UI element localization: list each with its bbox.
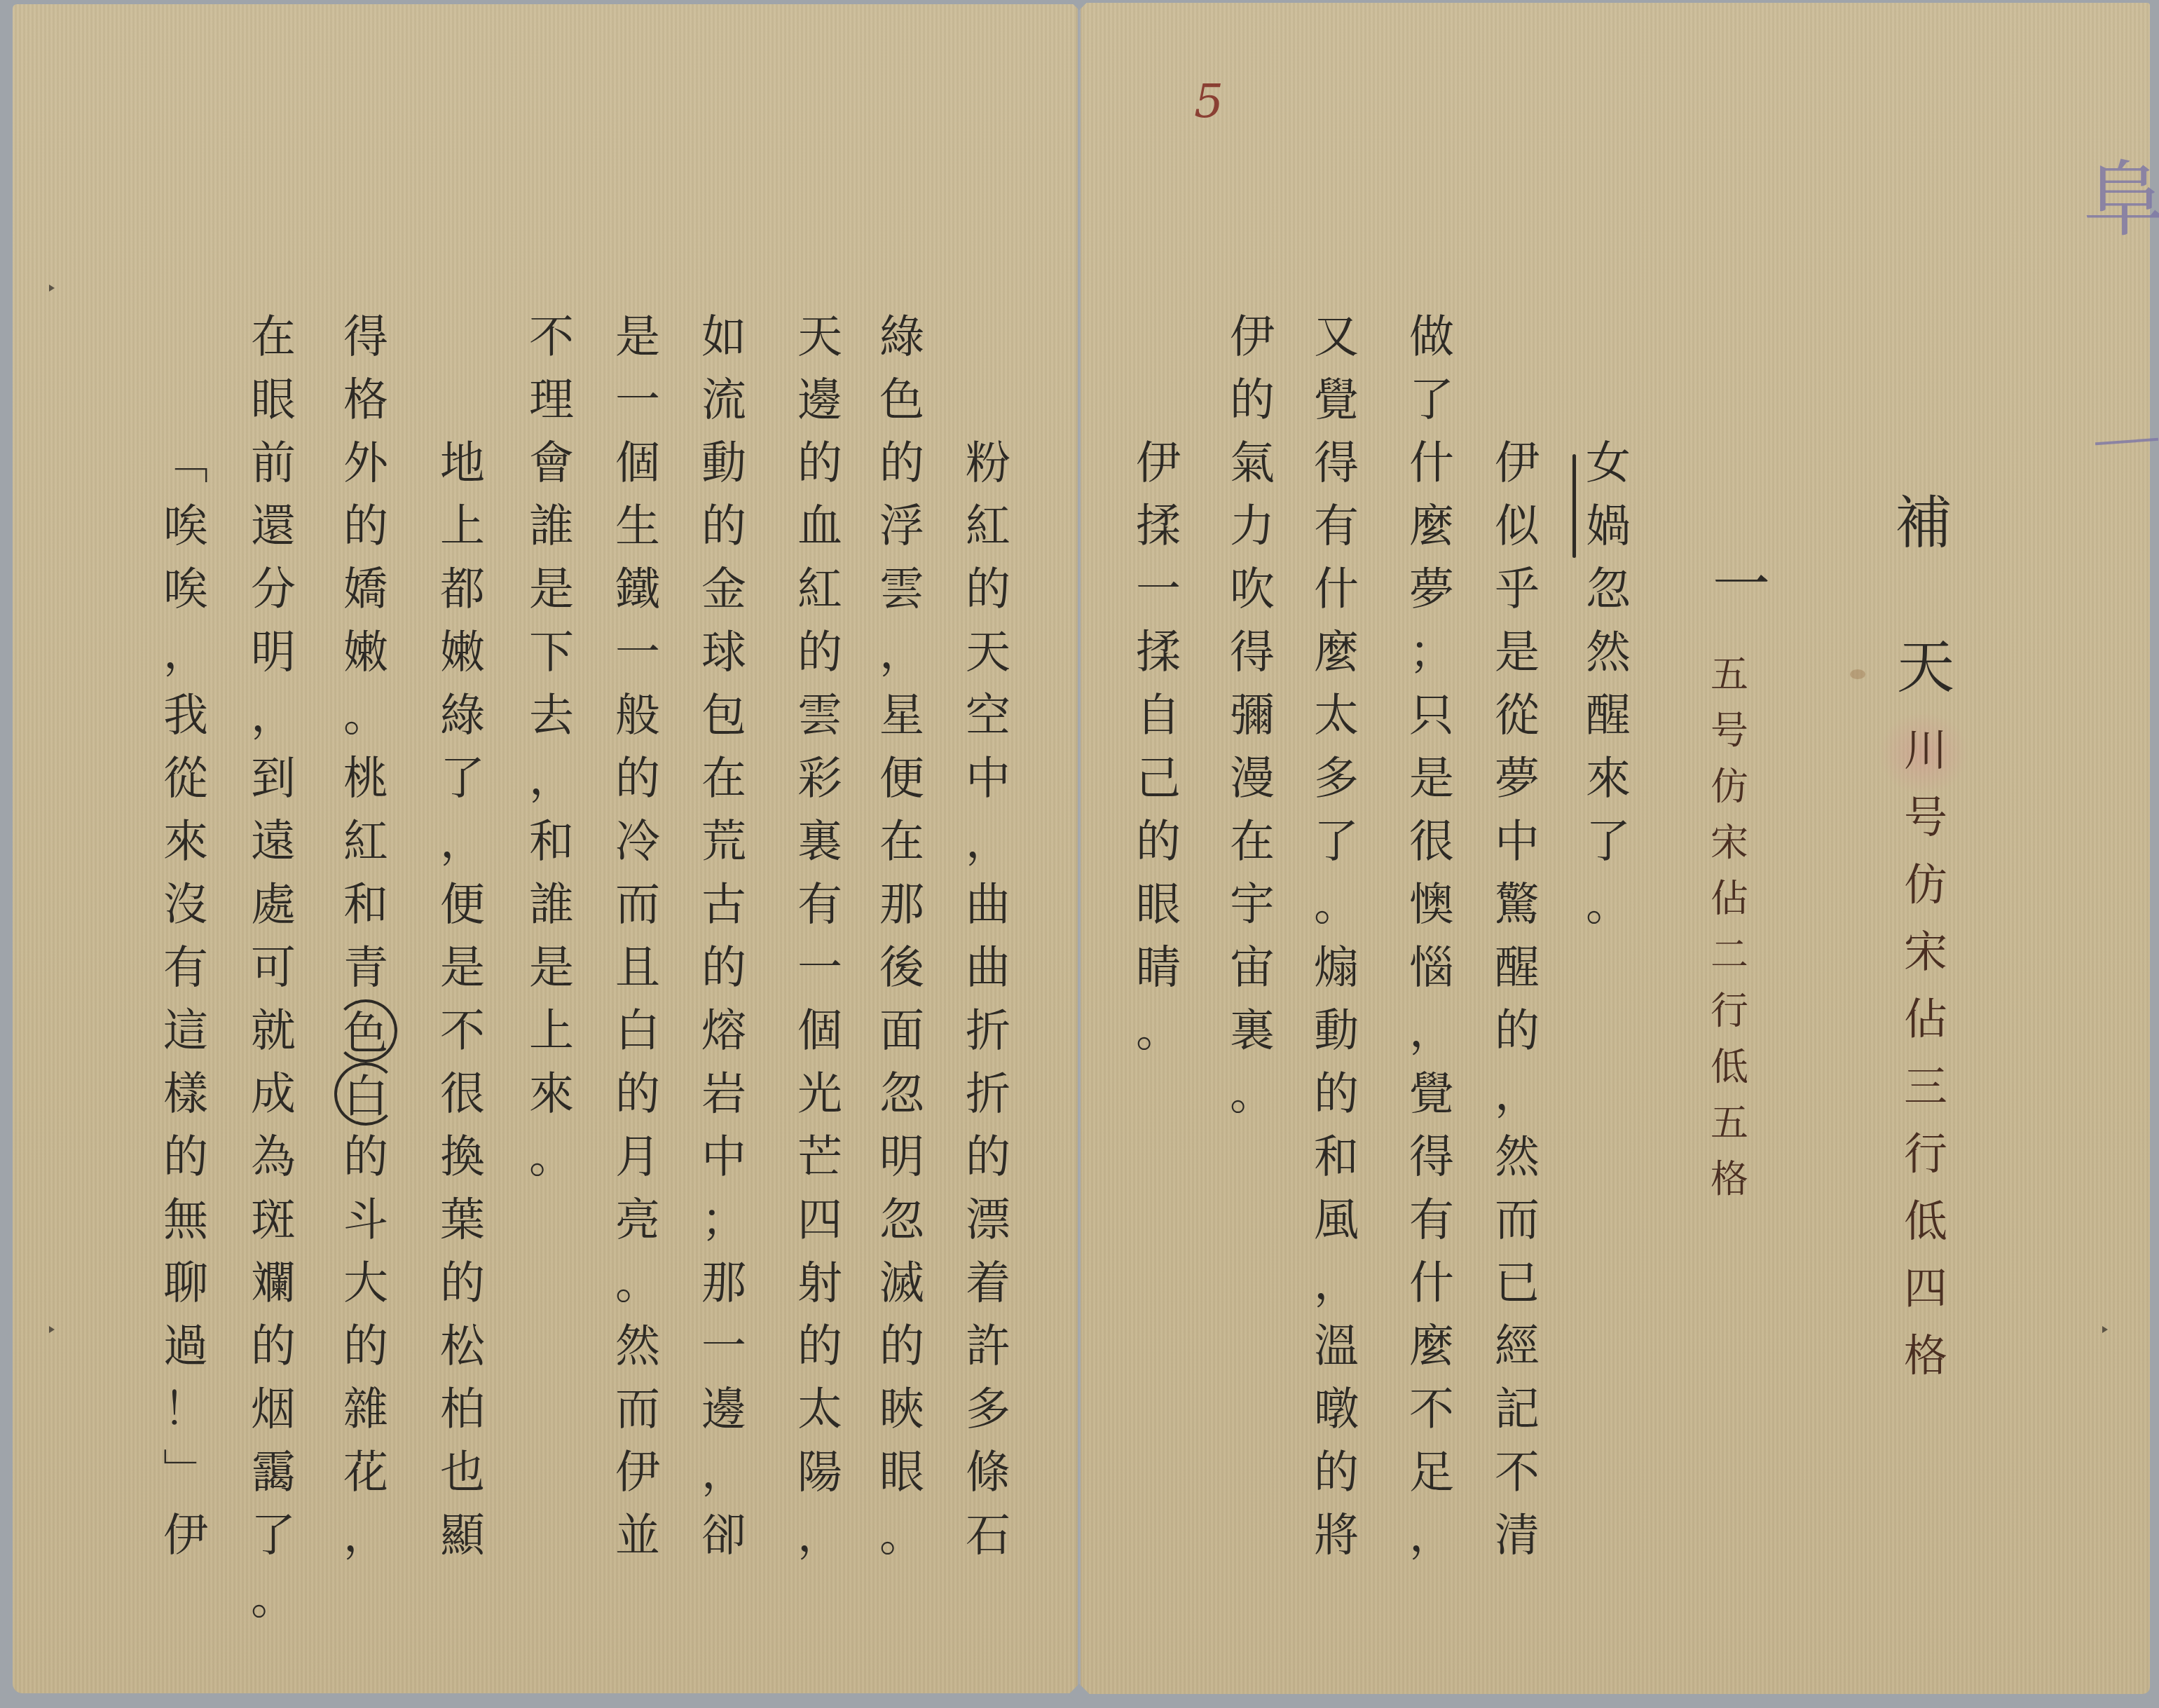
text-column: 粉紅的天空中，曲曲折折的漂着許多條石: [957, 432, 1020, 1567]
character-cell: 的: [957, 1126, 1020, 1189]
character-cell: 是: [1400, 747, 1463, 810]
text-column: 伊似乎是從夢中驚醒的，然而已經記不清: [1486, 432, 1549, 1567]
character-cell: 冷: [606, 810, 669, 873]
character-cell: 然: [1577, 621, 1640, 684]
character-cell: 麼: [1400, 1315, 1463, 1378]
character-cell: 得: [1400, 1126, 1463, 1189]
character-cell: 在: [1221, 810, 1284, 873]
editorial-vertical-mark: [1572, 454, 1576, 558]
character-cell: 白: [606, 999, 669, 1063]
edge-speck: [2102, 1326, 2108, 1333]
character-cell: 來: [520, 1063, 583, 1126]
character-cell: 行: [1894, 1121, 1957, 1188]
character-cell: 誰: [520, 495, 583, 558]
character-cell: 前: [242, 432, 305, 495]
character-cell: 且: [606, 936, 669, 999]
character-cell: 什: [1400, 1252, 1463, 1315]
character-cell: 金: [692, 558, 755, 621]
character-cell: ，: [788, 1504, 851, 1567]
character-cell: 五: [1698, 647, 1761, 703]
character-cell: 樣: [154, 1063, 217, 1126]
character-cell: 漫: [1221, 747, 1284, 810]
character-cell: 那: [870, 873, 933, 936]
character-cell: 青: [334, 936, 397, 999]
character-cell: 很: [431, 1063, 494, 1126]
character-cell: 斑: [242, 1189, 305, 1252]
character-cell: 一: [692, 1315, 755, 1378]
character-cell: 卻: [692, 1504, 755, 1567]
character-cell: 我: [154, 684, 217, 747]
character-cell: ，: [334, 1504, 397, 1567]
character-cell: 斗: [334, 1189, 397, 1252]
text-column: 不理會誰是下去，和誰是上來。: [520, 306, 583, 1189]
character-cell: 驚: [1486, 873, 1549, 936]
character-cell: 揉: [1127, 495, 1190, 558]
character-cell: 光: [788, 1063, 851, 1126]
character-cell: 麼: [1305, 621, 1368, 684]
title-char: 天: [1887, 629, 1964, 706]
character-cell: 會: [520, 432, 583, 495]
character-cell: 二: [1698, 927, 1761, 983]
character-cell: 夢: [1400, 558, 1463, 621]
character-cell: 如: [692, 306, 755, 369]
character-cell: 成: [242, 1063, 305, 1126]
character-cell: 動: [692, 432, 755, 495]
character-cell: 忽: [870, 1063, 933, 1126]
character-cell: 可: [242, 936, 305, 999]
character-cell: 那: [692, 1252, 755, 1315]
character-cell: 下: [520, 621, 583, 684]
character-cell: 嫩: [334, 621, 397, 684]
character-cell: 曲: [957, 873, 1020, 936]
paper-stain: [1850, 669, 1865, 679]
character-cell: 在: [870, 810, 933, 873]
character-cell: 便: [870, 747, 933, 810]
character-cell: 明: [242, 621, 305, 684]
character-cell: 佔: [1894, 986, 1957, 1053]
character-cell: 來: [1577, 747, 1640, 810]
character-cell: 己: [1127, 747, 1190, 810]
character-cell: 已: [1486, 1252, 1549, 1315]
character-cell: 。: [1577, 873, 1640, 936]
character-cell: 得: [1221, 621, 1284, 684]
edge-speck: [49, 1326, 55, 1333]
character-cell: 動: [1305, 999, 1368, 1063]
character-cell: 然: [606, 1315, 669, 1378]
character-cell: 的: [1305, 1063, 1368, 1126]
character-cell: 力: [1221, 495, 1284, 558]
character-cell: 便: [431, 873, 494, 936]
character-cell: 宋: [1698, 815, 1761, 871]
character-cell: 嫩: [431, 621, 494, 684]
character-cell: 着: [957, 1252, 1020, 1315]
character-cell: 伊: [1221, 306, 1284, 369]
character-cell: 低: [1894, 1188, 1957, 1255]
character-cell: 不: [1486, 1441, 1549, 1504]
character-cell: 有: [1400, 1189, 1463, 1252]
character-cell: 得: [334, 306, 397, 369]
character-cell: 的: [334, 495, 397, 558]
character-cell: 格: [1894, 1323, 1957, 1390]
page-number: 5: [1184, 74, 1233, 130]
character-cell: 一: [606, 369, 669, 432]
character-cell: 懊: [1400, 873, 1463, 936]
character-cell: 色: [870, 369, 933, 432]
character-cell: 是: [1486, 621, 1549, 684]
character-cell: 然: [1486, 1126, 1549, 1189]
character-cell: 滅: [870, 1252, 933, 1315]
character-cell: 覺: [1400, 1063, 1463, 1126]
character-cell: 浮: [870, 495, 933, 558]
character-cell: 處: [242, 873, 305, 936]
character-cell: 綠: [870, 306, 933, 369]
character-cell: 麼: [1400, 495, 1463, 558]
character-cell: ；: [692, 1189, 755, 1252]
character-cell: 太: [1305, 684, 1368, 747]
typesetting-annotation-title: 川号仿宋佔三行低四格: [1894, 717, 1957, 1390]
character-cell: 在: [242, 306, 305, 369]
character-cell: 仿: [1698, 759, 1761, 815]
character-cell: 般: [606, 684, 669, 747]
character-cell: 球: [692, 621, 755, 684]
character-cell: 了: [431, 747, 494, 810]
character-cell: 血: [788, 495, 851, 558]
text-column-with-swap-mark: 得格外的嬌嫩。桃紅和青色白的斗大的雜花，: [334, 306, 397, 1567]
character-cell: 折: [957, 1063, 1020, 1126]
character-cell: 個: [606, 432, 669, 495]
character-cell: 暾: [1305, 1378, 1368, 1441]
character-cell: 很: [1400, 810, 1463, 873]
character-cell: 的: [1127, 810, 1190, 873]
character-cell: 伊: [154, 1504, 217, 1567]
character-cell: 記: [1486, 1378, 1549, 1441]
character-cell: 䀹: [870, 1378, 933, 1441]
circled-character: 色: [334, 999, 397, 1063]
text-column: ﹁唉唉，我從來沒有這樣的無聊過！﹂伊: [154, 432, 217, 1567]
character-cell: 是: [431, 936, 494, 999]
character-cell: 雲: [788, 684, 851, 747]
character-cell: 鐵: [606, 558, 669, 621]
character-cell: ﹂: [154, 1441, 217, 1504]
character-cell: ，: [154, 621, 217, 684]
character-cell: 唉: [154, 495, 217, 558]
character-cell: 古: [692, 873, 755, 936]
character-cell: 乎: [1486, 558, 1549, 621]
character-cell: 並: [606, 1504, 669, 1567]
character-cell: 四: [788, 1189, 851, 1252]
title-char: 補: [1885, 485, 1962, 562]
text-column: 伊揉一揉自己的眼睛。: [1127, 432, 1190, 1063]
character-cell: 去: [520, 684, 583, 747]
character-cell: 石: [957, 1504, 1020, 1567]
character-cell: 和: [520, 810, 583, 873]
character-cell: 的: [1305, 1441, 1368, 1504]
character-cell: 只: [1400, 684, 1463, 747]
character-cell: 得: [1305, 432, 1368, 495]
character-cell: 的: [606, 747, 669, 810]
character-cell: 佔: [1698, 871, 1761, 927]
character-cell: ，: [1400, 999, 1463, 1063]
character-cell: 伊: [1127, 432, 1190, 495]
character-cell: 大: [334, 1252, 397, 1315]
character-cell: ，: [242, 684, 305, 747]
character-cell: 明: [870, 1126, 933, 1189]
text-column: 地上都嫩綠了，便是不很換葉的松柏也顯: [431, 432, 494, 1567]
character-cell: 上: [431, 495, 494, 558]
character-cell: 都: [431, 558, 494, 621]
character-cell: 什: [1400, 432, 1463, 495]
pencil-corner-note: 阜: [2083, 140, 2159, 259]
character-cell: 一: [606, 621, 669, 684]
character-cell: 後: [870, 936, 933, 999]
character-cell: 亮: [606, 1189, 669, 1252]
character-cell: 似: [1486, 495, 1549, 558]
character-cell: 忽: [1577, 558, 1640, 621]
text-column: 又覺得有什麼太多了。煽動的和風，溫暾的將: [1305, 306, 1368, 1567]
character-cell: 柏: [431, 1378, 494, 1441]
character-cell: ﹁: [154, 432, 217, 495]
character-cell: 理: [520, 369, 583, 432]
character-cell: 一: [788, 936, 851, 999]
character-cell: 溫: [1305, 1315, 1368, 1378]
character-cell: 太: [788, 1378, 851, 1441]
text-column: 是一個生鐵一般的冷而且白的月亮。然而伊並: [606, 306, 669, 1567]
character-cell: 從: [1486, 684, 1549, 747]
character-cell: ，: [1486, 1063, 1549, 1126]
character-cell: 風: [1305, 1189, 1368, 1252]
character-cell: 是: [520, 936, 583, 999]
character-cell: 面: [870, 999, 933, 1063]
character-cell: 有: [1305, 495, 1368, 558]
character-cell: 陽: [788, 1441, 851, 1504]
character-cell: ，: [520, 747, 583, 810]
character-cell: 而: [606, 873, 669, 936]
text-column: 綠色的浮雲，星便在那後面忽明忽滅的䀹眼。: [870, 306, 933, 1567]
character-cell: 眼: [242, 369, 305, 432]
character-cell: 個: [788, 999, 851, 1063]
character-cell: 包: [692, 684, 755, 747]
character-cell: 過: [154, 1315, 217, 1378]
character-cell: 而: [1486, 1189, 1549, 1252]
character-cell: 的: [788, 621, 851, 684]
character-cell: 顯: [431, 1504, 494, 1567]
character-cell: 。: [520, 1126, 583, 1189]
character-cell: 多: [1305, 747, 1368, 810]
character-cell: 和: [334, 873, 397, 936]
edge-speck: [49, 285, 55, 292]
character-cell: 熔: [692, 999, 755, 1063]
character-cell: 的: [957, 558, 1020, 621]
character-cell: 清: [1486, 1504, 1549, 1567]
character-cell: 靄: [242, 1441, 305, 1504]
character-cell: 有: [788, 873, 851, 936]
character-cell: 花: [334, 1441, 397, 1504]
character-cell: 天: [788, 306, 851, 369]
character-cell: 的: [242, 1315, 305, 1378]
character-cell: 。: [1305, 873, 1368, 936]
character-cell: 松: [431, 1315, 494, 1378]
character-cell: 了: [242, 1504, 305, 1567]
text-column: 女媧忽然醒來了。: [1577, 432, 1640, 936]
character-cell: 忽: [870, 1189, 933, 1252]
character-cell: ！: [154, 1378, 217, 1441]
character-cell: 。: [1221, 1063, 1284, 1126]
character-cell: 中: [1486, 810, 1549, 873]
character-cell: 裏: [788, 810, 851, 873]
character-cell: 眼: [1127, 873, 1190, 936]
text-column: 做了什麼夢；只是很懊惱，覺得有什麼不足，: [1400, 306, 1463, 1567]
character-cell: 就: [242, 999, 305, 1063]
character-cell: ，: [1305, 1252, 1368, 1315]
character-cell: 沒: [154, 873, 217, 936]
character-cell: 紅: [334, 810, 397, 873]
character-cell: 雜: [334, 1378, 397, 1441]
character-cell: 紅: [957, 495, 1020, 558]
character-cell: 揉: [1127, 621, 1190, 684]
section-number: 一: [1703, 547, 1780, 624]
typesetting-annotation-section: 五号仿宋佔二行低五格: [1698, 647, 1761, 1208]
character-cell: 月: [606, 1126, 669, 1189]
character-cell: 地: [431, 432, 494, 495]
character-cell: 的: [334, 1126, 397, 1189]
character-cell: 的: [692, 495, 755, 558]
center-fold: [1076, 0, 1082, 1696]
character-cell: 伊: [606, 1441, 669, 1504]
character-cell: 葉: [431, 1189, 494, 1252]
character-cell: 伊: [1486, 432, 1549, 495]
character-cell: 許: [957, 1315, 1020, 1378]
character-cell: 格: [334, 369, 397, 432]
character-cell: 宇: [1221, 873, 1284, 936]
character-cell: 女: [1577, 432, 1640, 495]
character-cell: 裏: [1221, 999, 1284, 1063]
character-cell: 的: [1486, 999, 1549, 1063]
character-cell: 彩: [788, 747, 851, 810]
character-cell: 。: [606, 1252, 669, 1315]
character-cell: 誰: [520, 873, 583, 936]
character-cell: 四: [1894, 1255, 1957, 1323]
text-column: 如流動的金球包在荒古的熔岩中；那一邊，卻: [692, 306, 755, 1567]
character-cell: 又: [1305, 306, 1368, 369]
character-cell: 粉: [957, 432, 1020, 495]
character-cell: 岩: [692, 1063, 755, 1126]
character-cell: 川: [1894, 717, 1957, 784]
character-cell: 到: [242, 747, 305, 810]
character-cell: ；: [1400, 621, 1463, 684]
text-column: 在眼前還分明，到遠處可就成為斑斕的烟靄了。: [242, 306, 305, 1630]
circled-character: 白: [334, 1063, 397, 1126]
character-cell: 空: [957, 684, 1020, 747]
character-cell: 五: [1698, 1095, 1761, 1152]
character-cell: 了: [1305, 810, 1368, 873]
character-cell: 一: [1127, 558, 1190, 621]
character-cell: 換: [431, 1126, 494, 1189]
character-cell: 在: [692, 747, 755, 810]
character-cell: 斕: [242, 1252, 305, 1315]
character-cell: 的: [692, 936, 755, 999]
character-cell: 是: [606, 306, 669, 369]
character-cell: 中: [692, 1126, 755, 1189]
character-cell: 烟: [242, 1378, 305, 1441]
character-cell: 氣: [1221, 432, 1284, 495]
character-cell: 的: [870, 432, 933, 495]
character-cell: 覺: [1305, 369, 1368, 432]
character-cell: 天: [957, 621, 1020, 684]
character-cell: 是: [520, 558, 583, 621]
character-cell: 射: [788, 1252, 851, 1315]
character-cell: 無: [154, 1189, 217, 1252]
character-cell: 仿: [1894, 852, 1957, 919]
character-cell: 的: [788, 1315, 851, 1378]
character-cell: 什: [1305, 558, 1368, 621]
character-cell: 的: [1221, 369, 1284, 432]
character-cell: 邊: [692, 1378, 755, 1441]
character-cell: 荒: [692, 810, 755, 873]
character-cell: 不: [431, 999, 494, 1063]
character-cell: 三: [1894, 1053, 1957, 1121]
character-cell: 桃: [334, 747, 397, 810]
character-cell: 也: [431, 1441, 494, 1504]
character-cell: 曲: [957, 936, 1020, 999]
character-cell: 做: [1400, 306, 1463, 369]
character-cell: 。: [870, 1504, 933, 1567]
character-cell: 綠: [431, 684, 494, 747]
character-cell: 醒: [1577, 684, 1640, 747]
character-cell: 流: [692, 369, 755, 432]
character-cell: 遠: [242, 810, 305, 873]
character-cell: 的: [154, 1126, 217, 1189]
character-cell: 的: [788, 432, 851, 495]
character-cell: 的: [870, 1315, 933, 1378]
character-cell: 格: [1698, 1152, 1761, 1208]
character-cell: 眼: [870, 1441, 933, 1504]
character-cell: 為: [242, 1126, 305, 1189]
character-cell: 星: [870, 684, 933, 747]
character-cell: 漂: [957, 1189, 1020, 1252]
character-cell: 唉: [154, 558, 217, 621]
character-cell: 有: [154, 936, 217, 999]
character-cell: 夢: [1486, 747, 1549, 810]
character-cell: 的: [431, 1252, 494, 1315]
character-cell: 不: [520, 306, 583, 369]
character-cell: 而: [606, 1378, 669, 1441]
character-cell: 宙: [1221, 936, 1284, 999]
character-cell: 惱: [1400, 936, 1463, 999]
character-cell: 上: [520, 999, 583, 1063]
character-cell: 多: [957, 1378, 1020, 1441]
character-cell: 雲: [870, 558, 933, 621]
character-cell: 生: [606, 495, 669, 558]
character-cell: 。: [242, 1567, 305, 1630]
character-cell: 彌: [1221, 684, 1284, 747]
character-cell: 紅: [788, 558, 851, 621]
character-cell: 。: [334, 684, 397, 747]
character-cell: 邊: [788, 369, 851, 432]
character-cell: 條: [957, 1441, 1020, 1504]
character-cell: 宋: [1894, 919, 1957, 986]
character-cell: 還: [242, 495, 305, 558]
character-cell: 中: [957, 747, 1020, 810]
character-cell: 了: [1577, 810, 1640, 873]
character-cell: ，: [870, 621, 933, 684]
text-column: 天邊的血紅的雲彩裏有一個光芒四射的太陽，: [788, 306, 851, 1567]
character-cell: 低: [1698, 1039, 1761, 1095]
character-cell: 行: [1698, 983, 1761, 1039]
character-cell: 吹: [1221, 558, 1284, 621]
character-cell: ，: [431, 810, 494, 873]
character-cell: 從: [154, 747, 217, 810]
character-cell: 外: [334, 432, 397, 495]
